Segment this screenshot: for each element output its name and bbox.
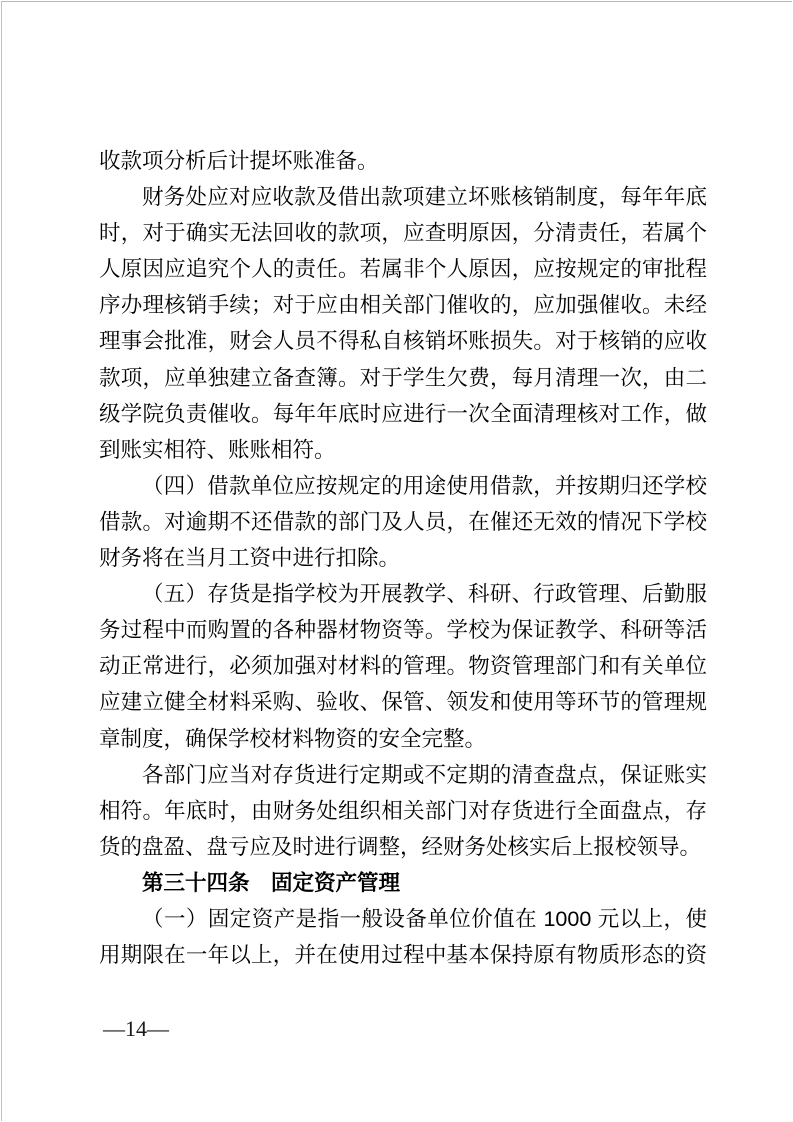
- text-line: 用期限在一年以上，并在使用过程中基本保持原有物质形态的资: [99, 937, 707, 973]
- document-text-block: 收款项分析后计提坏账准备。 财务处应对应收款及借出款项建立坏账核销制度，每年年底…: [99, 143, 707, 973]
- text-line: （五）存货是指学校为开展教学、科研、行政管理、后勤服: [99, 576, 707, 612]
- document-page: { "page": { "footer_page_number": "—14—"…: [0, 0, 793, 1122]
- text-line: 人原因应追究个人的责任。若属非个人原因，应按规定的审批程: [99, 251, 707, 287]
- text-line: 财务处应对应收款及借出款项建立坏账核销制度，每年年底: [99, 179, 707, 215]
- text-line: 务过程中而购置的各种器材物资等。学校为保证教学、科研等活: [99, 612, 707, 648]
- text-line: 到账实相符、账账相符。: [99, 432, 707, 468]
- text-line: 序办理核销手续；对于应由相关部门催收的，应加强催收。未经: [99, 287, 707, 323]
- text-line: （四）借款单位应按规定的用途使用借款，并按期归还学校: [99, 468, 707, 504]
- text-line: 款项，应单独建立备查簿。对于学生欠费，每月清理一次，由二: [99, 360, 707, 396]
- page-number: —14—: [103, 1014, 169, 1044]
- text-line: 时，对于确实无法回收的款项，应查明原因，分清责任，若属个: [99, 215, 707, 251]
- text-line: 应建立健全材料采购、验收、保管、领发和使用等环节的管理规: [99, 684, 707, 720]
- text-line: 货的盘盈、盘亏应及时进行调整，经财务处核实后上报校领导。: [99, 829, 707, 865]
- text-line: 相符。年底时，由财务处组织相关部门对存货进行全面盘点，存: [99, 793, 707, 829]
- text-line: （一）固定资产是指一般设备单位价值在 1000 元以上，使: [99, 901, 707, 937]
- text-line: 动正常进行，必须加强对材料的管理。物资管理部门和有关单位: [99, 648, 707, 684]
- text-line: 级学院负责催收。每年年底时应进行一次全面清理核对工作，做: [99, 396, 707, 432]
- text-line: 各部门应当对存货进行定期或不定期的清查盘点，保证账实: [99, 757, 707, 793]
- article-heading: 第三十四条 固定资产管理: [99, 865, 707, 901]
- text-line: 章制度，确保学校材料物资的安全完整。: [99, 721, 707, 757]
- text-line: 收款项分析后计提坏账准备。: [99, 143, 707, 179]
- text-line: 财务将在当月工资中进行扣除。: [99, 540, 707, 576]
- text-line: 理事会批准，财会人员不得私自核销坏账损失。对于核销的应收: [99, 323, 707, 359]
- text-line: 借款。对逾期不还借款的部门及人员，在催还无效的情况下学校: [99, 504, 707, 540]
